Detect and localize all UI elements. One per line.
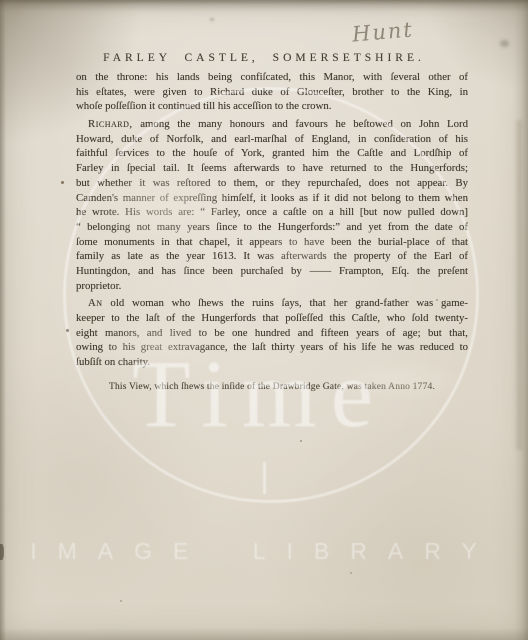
paper-speck — [66, 329, 69, 332]
paper-speck — [350, 572, 352, 574]
paragraph-3: An old woman who ſhews the ruins ſays, t… — [76, 296, 468, 369]
paragraph-2: Richard, among the many honours and favo… — [76, 117, 468, 293]
text-line: proprietor. — [76, 279, 468, 294]
text-line-content: on the throne: his lands being confiſcat… — [76, 71, 468, 83]
text-line: he wrote. His words are: “ Farley, once … — [76, 205, 468, 220]
text-line: keeper to the laſt of the Hungerfords th… — [76, 311, 468, 326]
paper-speck — [61, 181, 64, 184]
page-title: FARLEY CASTLE, SOMERSETSHIRE. — [0, 52, 528, 64]
text-line: “ belonging not many years ſince to the … — [76, 220, 468, 235]
paper-speck — [120, 600, 122, 602]
text-line: Howard, duke of Norfolk, and earl-marſha… — [76, 132, 468, 147]
text-line: Richard, among the many honours and favo… — [76, 117, 468, 132]
paragraph-lead: Richard, — [88, 118, 133, 130]
paper-smudge — [500, 40, 509, 47]
paper-stain-streak — [514, 120, 522, 450]
text-line: ſubſiſt on charity. — [76, 355, 468, 370]
text-line: whoſe poſſeſſion it continued till his a… — [76, 99, 468, 114]
text-line: on the throne: his lands being confiſcat… — [76, 70, 468, 85]
text-line: Farley in ſpecial tail. It ſeems afterwa… — [76, 161, 468, 176]
handwritten-annotation: Hunt — [351, 17, 415, 46]
text-line: faithful ſervices to the houſe of York, … — [76, 146, 468, 161]
paragraph-1: on the throne: his lands being confiſcat… — [76, 70, 468, 114]
scanned-book-page: Hunt FARLEY CASTLE, SOMERSETSHIRE. on th… — [0, 0, 528, 640]
text-line: An old woman who ſhews the ruins ſays, t… — [76, 296, 468, 311]
text-line-content: old woman who ſhews the ruins ſays, that… — [103, 297, 468, 309]
plate-caption: This View, which ſhews the inſide of the… — [76, 380, 468, 395]
paper-speck — [300, 440, 302, 442]
paper-edge-nick — [0, 544, 4, 560]
text-line: Camden's manner of expreſſing himſelf, i… — [76, 191, 468, 206]
paragraph-lead: An — [88, 297, 103, 309]
text-line: family as late as the year 1613. It was … — [76, 249, 468, 264]
text-line: his eſtates, were given to Richard duke … — [76, 85, 468, 100]
paper-smudge — [210, 18, 214, 21]
text-line: Huntingdon, and has ſince been purchaſed… — [76, 264, 468, 279]
text-line: but whether it was reſtored to them, or … — [76, 176, 468, 191]
text-line: eight manors, and lived to be one hundre… — [76, 326, 468, 341]
body-text: on the throne: his lands being confiſcat… — [76, 70, 468, 394]
text-line: ſome monuments in that chapel, it appear… — [76, 235, 468, 250]
watermark-image-library-text: IMAGE LIBRARY — [0, 538, 528, 565]
text-line: owing to his great extravagance, the laſ… — [76, 340, 468, 355]
watermark-clock-hand — [263, 462, 266, 494]
text-line-content: among the many honours and favours he be… — [133, 118, 468, 130]
